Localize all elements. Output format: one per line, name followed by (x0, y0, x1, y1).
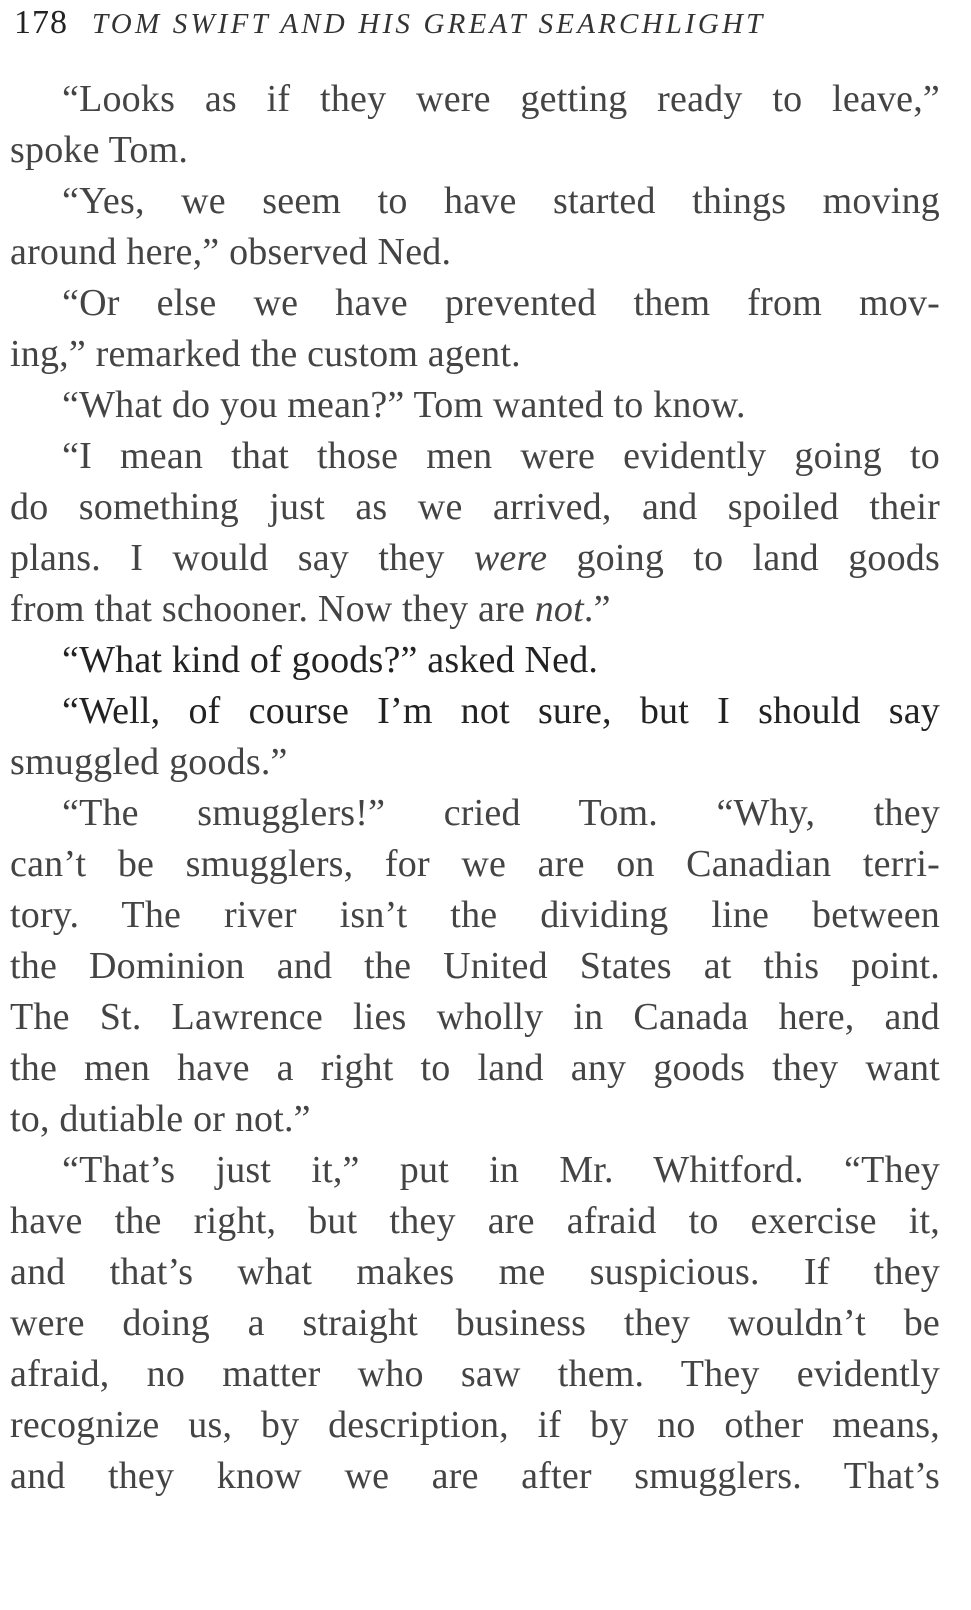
text-line: from that schooner. Now they are not.” (10, 584, 940, 635)
emphasized-word: not (535, 588, 584, 630)
text-line: recognize us, by description, if by no o… (10, 1400, 940, 1451)
text-line: do something just as we arrived, and spo… (10, 482, 940, 533)
text-line-content: the Dominion and the United States at th… (10, 941, 940, 992)
text-line: around here,” observed Ned. (10, 227, 940, 278)
text-line: smuggled goods.” (10, 737, 940, 788)
text-line: were doing a straight business they woul… (10, 1298, 940, 1349)
text-line-content: the men have a right to land any goods t… (10, 1043, 940, 1094)
text-line: spoke Tom. (10, 125, 940, 176)
text-line: the men have a right to land any goods t… (10, 1043, 940, 1094)
text-line-content: “Yes, we seem to have started things mov… (62, 176, 940, 227)
text-line-content: plans. I would say they were going to la… (10, 533, 940, 584)
page-header: 178 TOM SWIFT AND HIS GREAT SEARCHLIGHT (14, 4, 964, 48)
running-title: TOM SWIFT AND HIS GREAT SEARCHLIGHT (92, 8, 766, 41)
text-line-content: “That’s just it,” put in Mr. Whitford. “… (62, 1145, 940, 1196)
text-line: “Or else we have prevented them from mov… (10, 278, 940, 329)
text-line: plans. I would say they were going to la… (10, 533, 940, 584)
text-line: “I mean that those men were evidently go… (10, 431, 940, 482)
page-number: 178 (14, 4, 68, 42)
text-line-content: “What kind of goods?” asked Ned. (62, 635, 940, 686)
text-line: “That’s just it,” put in Mr. Whitford. “… (10, 1145, 940, 1196)
text-line: ing,” remarked the custom agent. (10, 329, 940, 380)
text-line: “What kind of goods?” asked Ned. (10, 635, 940, 686)
text-line: afraid, no matter who saw them. They evi… (10, 1349, 940, 1400)
text-line-content: tory. The river isn’t the dividing line … (10, 890, 940, 941)
text-line: “What do you mean?” Tom wanted to know. (10, 380, 940, 431)
text-line-content: from that schooner. Now they are not.” (10, 584, 940, 635)
text-line: “The smugglers!” cried Tom. “Why, they (10, 788, 940, 839)
text-line-content: were doing a straight business they woul… (10, 1298, 940, 1349)
text-line: “Looks as if they were getting ready to … (10, 74, 940, 125)
text-line: The St. Lawrence lies wholly in Canada h… (10, 992, 940, 1043)
text-line: and that’s what makes me suspicious. If … (10, 1247, 940, 1298)
text-line: can’t be smugglers, for we are on Canadi… (10, 839, 940, 890)
text-line-content: “Well, of course I’m not sure, but I sho… (62, 686, 940, 737)
text-line-content: smuggled goods.” (10, 737, 940, 788)
text-line: tory. The river isn’t the dividing line … (10, 890, 940, 941)
emphasized-word: were (474, 537, 547, 579)
text-line-content: can’t be smugglers, for we are on Canadi… (10, 839, 940, 890)
text-line-content: ing,” remarked the custom agent. (10, 329, 940, 380)
text-line-content: to, dutiable or not.” (10, 1094, 940, 1145)
body-text: “Looks as if they were getting ready to … (10, 74, 940, 1502)
text-line-content: do something just as we arrived, and spo… (10, 482, 940, 533)
text-line-content: recognize us, by description, if by no o… (10, 1400, 940, 1451)
text-line-content: “What do you mean?” Tom wanted to know. (62, 380, 940, 431)
text-line: to, dutiable or not.” (10, 1094, 940, 1145)
text-line-content: “The smugglers!” cried Tom. “Why, they (62, 788, 940, 839)
text-line-content: and they know we are after smugglers. Th… (10, 1451, 940, 1502)
text-line-content: “I mean that those men were evidently go… (62, 431, 940, 482)
text-line-content: around here,” observed Ned. (10, 227, 940, 278)
text-line-content: have the right, but they are afraid to e… (10, 1196, 940, 1247)
text-line-content: afraid, no matter who saw them. They evi… (10, 1349, 940, 1400)
text-line: and they know we are after smugglers. Th… (10, 1451, 940, 1502)
text-line-content: and that’s what makes me suspicious. If … (10, 1247, 940, 1298)
text-line-content: “Or else we have prevented them from mov… (62, 278, 940, 329)
text-line-content: “Looks as if they were getting ready to … (62, 74, 940, 125)
text-line: the Dominion and the United States at th… (10, 941, 940, 992)
text-line-content: spoke Tom. (10, 125, 940, 176)
text-line: have the right, but they are afraid to e… (10, 1196, 940, 1247)
text-line: “Yes, we seem to have started things mov… (10, 176, 940, 227)
text-line-content: The St. Lawrence lies wholly in Canada h… (10, 992, 940, 1043)
text-line: “Well, of course I’m not sure, but I sho… (10, 686, 940, 737)
